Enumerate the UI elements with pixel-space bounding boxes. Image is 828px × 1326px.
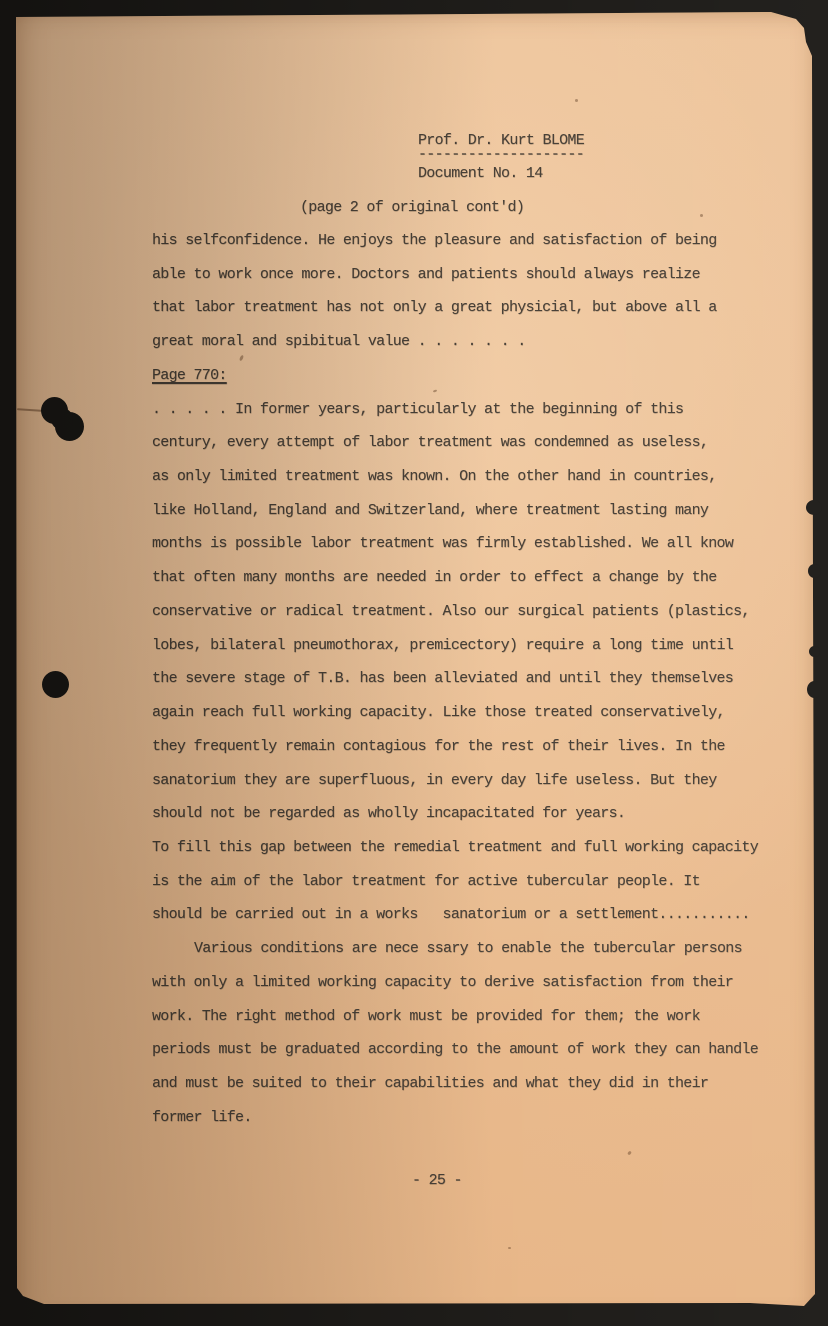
page-number: - 25 - (412, 1173, 462, 1189)
typed-line: To fill this gap between the remedial tr… (152, 838, 777, 872)
section-heading-line: Page 770: (152, 366, 777, 400)
typed-line: lobes, bilateral pneumothorax, premicect… (152, 636, 777, 670)
typed-line: . . . . . In former years, particularly … (152, 400, 777, 434)
paper-speck (700, 214, 703, 217)
header-underline: -------------------- (418, 148, 584, 162)
continuation-note: (page 2 of original cont'd) (300, 200, 524, 216)
paper-speck (508, 1247, 511, 1249)
paper-tear-notch (808, 564, 821, 578)
punch-hole-top (51, 408, 73, 430)
typed-line: his selfconfidence. He enjoys the pleasu… (152, 231, 777, 265)
paper-tear-notch (807, 681, 822, 698)
document-body: his selfconfidence. He enjoys the pleasu… (152, 231, 777, 1141)
typed-line: and must be suited to their capabilities… (152, 1074, 777, 1108)
typed-line: as only limited treatment was known. On … (152, 467, 777, 501)
document-number: Document No. 14 (418, 166, 543, 182)
typed-line: Various conditions are nece ssary to ena… (152, 939, 777, 973)
typed-line: months is possible labor treatment was f… (152, 534, 777, 568)
typed-line: the severe stage of T.B. has been allevi… (152, 669, 777, 703)
punch-hole-bottom (42, 671, 69, 698)
typed-line: like Holland, England and Switzerland, w… (152, 501, 777, 535)
paper-tear-notch (809, 646, 820, 657)
typed-line: periods must be graduated according to t… (152, 1040, 777, 1074)
typed-line: great moral and spibitual value . . . . … (152, 332, 777, 366)
typed-line: with only a limited working capacity to … (152, 973, 777, 1007)
paper-crack (17, 408, 42, 411)
paper-tear-notch (806, 500, 822, 515)
paper-speck (627, 1151, 632, 1156)
typed-line: conservative or radical treatment. Also … (152, 602, 777, 636)
typed-line: again reach full working capacity. Like … (152, 703, 777, 737)
typed-line: they frequently remain contagious for th… (152, 737, 777, 771)
typed-line: should not be regarded as wholly incapac… (152, 804, 777, 838)
typed-line: should be carried out in a works sanator… (152, 905, 777, 939)
scan-background: Prof. Dr. Kurt BLOME -------------------… (0, 0, 828, 1326)
typed-line: sanatorium they are superfluous, in ever… (152, 771, 777, 805)
typed-line: work. The right method of work must be p… (152, 1007, 777, 1041)
paper-speck (575, 99, 578, 102)
typed-line: former life. (152, 1108, 777, 1142)
typed-line: century, every attempt of labor treatmen… (152, 433, 777, 467)
typed-line: is the aim of the labor treatment for ac… (152, 872, 777, 906)
document-content: Prof. Dr. Kurt BLOME -------------------… (0, 0, 828, 1326)
typed-line: able to work once more. Doctors and pati… (152, 265, 777, 299)
typed-line: that often many months are needed in ord… (152, 568, 777, 602)
typed-line: that labor treatment has not only a grea… (152, 298, 777, 332)
